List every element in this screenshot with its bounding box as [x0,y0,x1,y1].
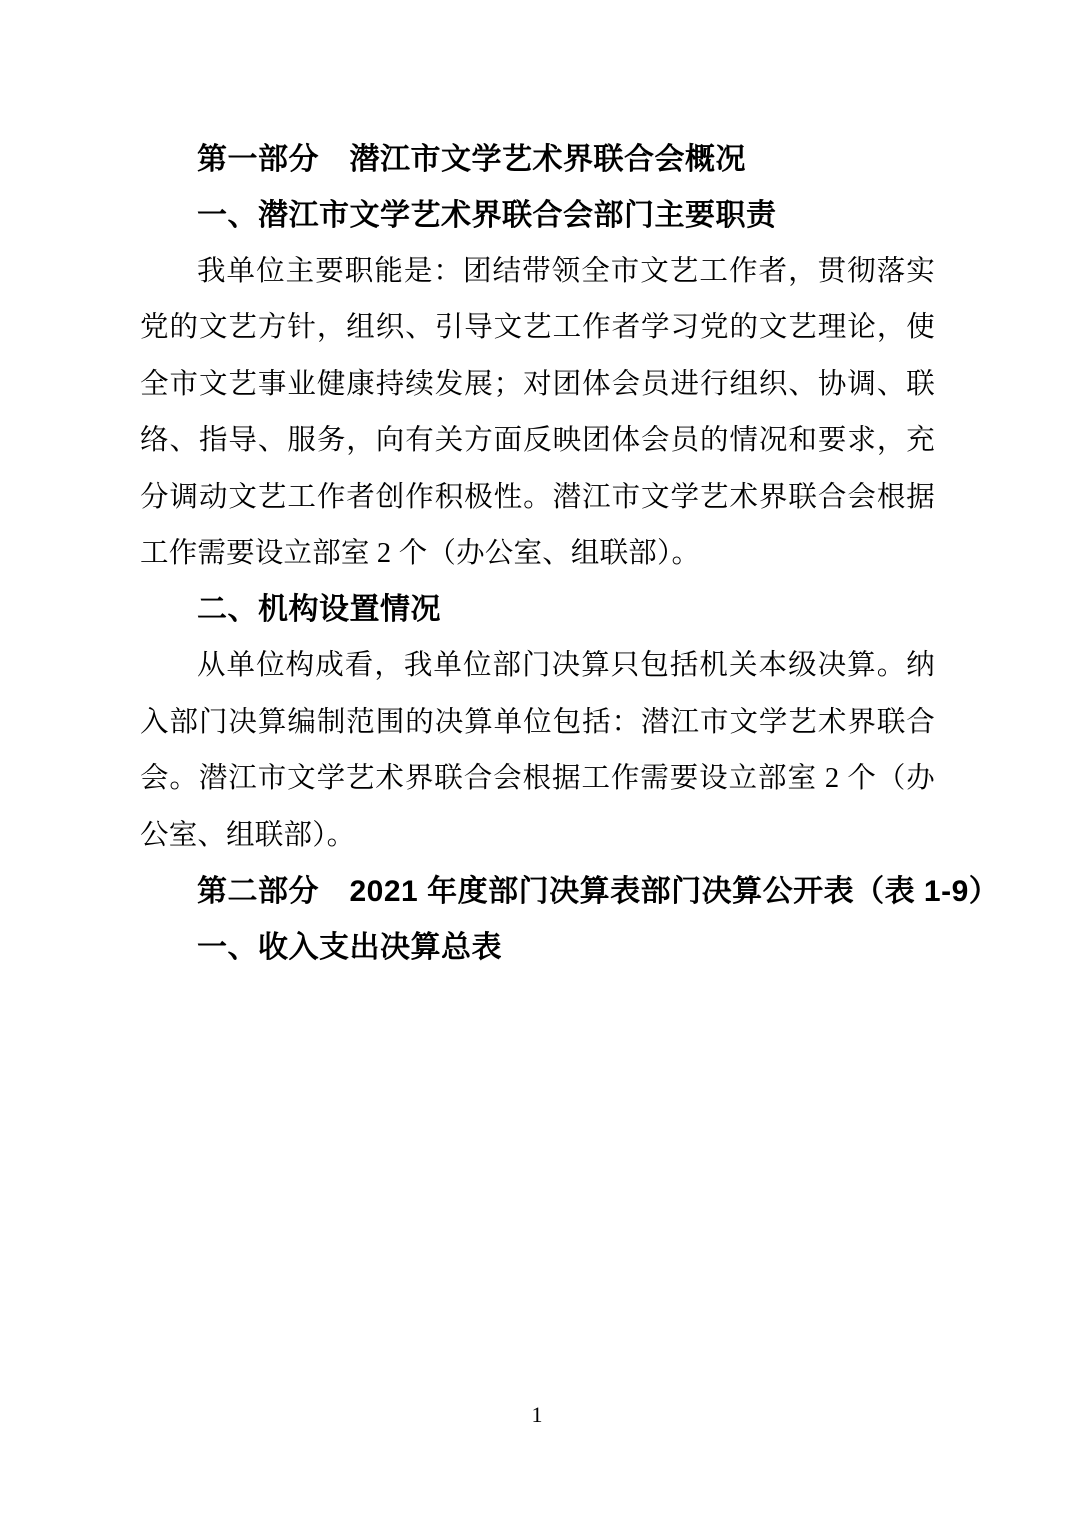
page-number: 1 [0,1402,1074,1428]
section1-heading: 一、潜江市文学艺术界联合会部门主要职责 [140,188,935,244]
document-page: 第一部分 潜江市文学艺术界联合会概况 一、潜江市文学艺术界联合会部门主要职责 我… [0,0,1074,1520]
document-content: 第一部分 潜江市文学艺术界联合会概况 一、潜江市文学艺术界联合会部门主要职责 我… [140,0,935,976]
part1-heading: 第一部分 潜江市文学艺术界联合会概况 [140,132,935,188]
section3-heading: 一、收入支出决算总表 [140,920,935,976]
paragraph-org-structure: 从单位构成看，我单位部门决算只包括机关本级决算。纳入部门决算编制范围的决算单位包… [140,638,935,864]
part2-heading: 第二部分 2021 年度部门决算表部门决算公开表（表 1-9） [140,864,935,920]
section2-heading: 二、机构设置情况 [140,582,935,638]
paragraph-main-duties: 我单位主要职能是：团结带领全市文艺工作者，贯彻落实党的文艺方针，组织、引导文艺工… [140,244,935,582]
